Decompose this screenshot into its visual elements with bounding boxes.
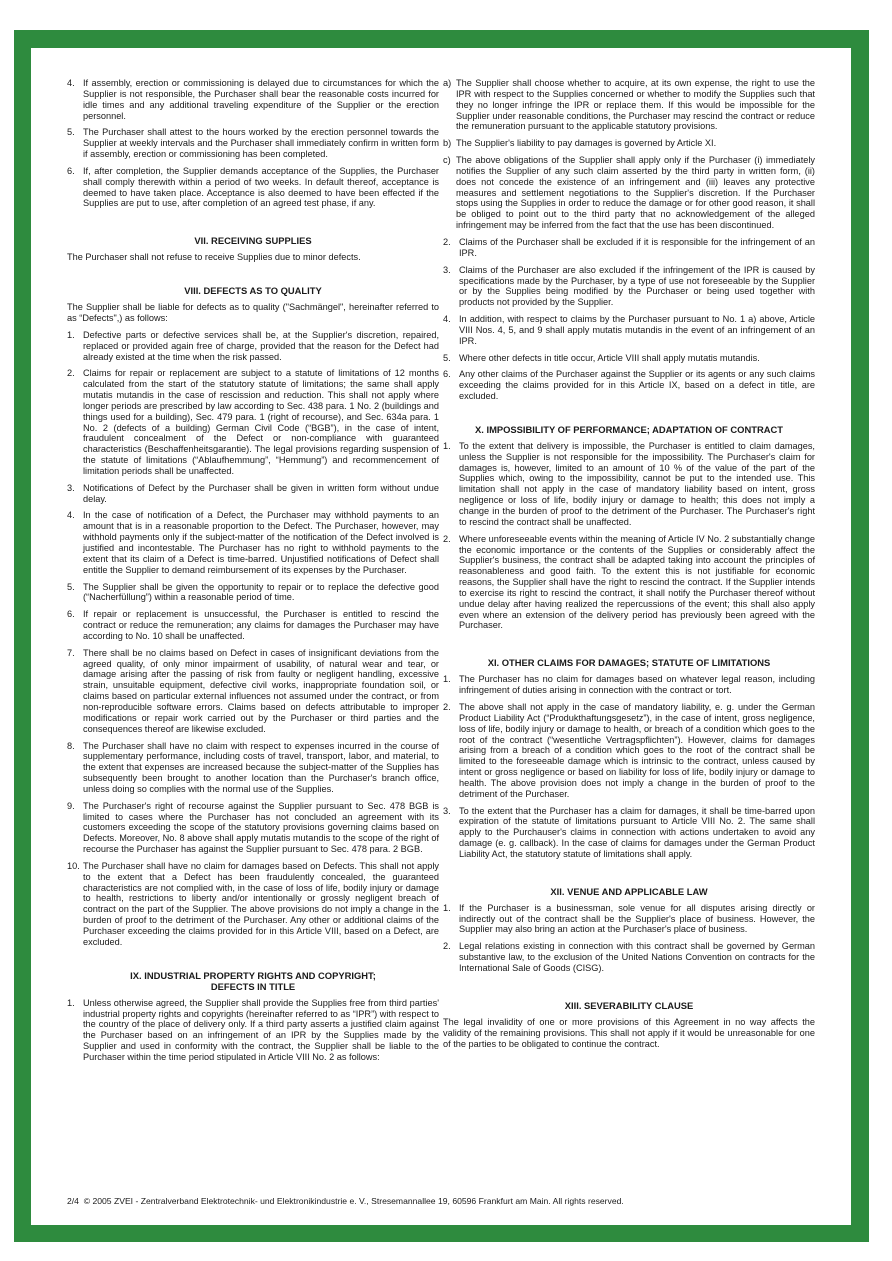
xii-item-2: 2.Legal relations existing in connection…: [443, 941, 815, 974]
viii-item-10: 10.The Purchaser shall have no claim for…: [67, 861, 439, 948]
viii-item-2: 2.Claims for repair or replacement are s…: [67, 368, 439, 476]
section-heading-xiii: XIII. SEVERABILITY CLAUSE: [443, 1000, 815, 1011]
vi-item-4: 4.If assembly, erection or commissioning…: [67, 78, 439, 121]
viii-item-6: 6.If repair or replacement is unsuccessf…: [67, 609, 439, 642]
ix-subitem-c: c)The above obligations of the Supplier …: [443, 155, 815, 231]
viii-item-4: 4.In the case of notification of a Defec…: [67, 510, 439, 575]
xiii-text: The legal invalidity of one or more prov…: [443, 1017, 815, 1050]
viii-item-1: 1.Defective parts or defective services …: [67, 330, 439, 363]
vi-item-5: 5.The Purchaser shall attest to the hour…: [67, 127, 439, 160]
vii-text: The Purchaser shall not refuse to receiv…: [67, 252, 439, 263]
x-item-1: 1.To the extent that delivery is impossi…: [443, 441, 815, 528]
copyright-notice: © 2005 ZVEI - Zentralverband Elektrotech…: [84, 1196, 624, 1206]
section-heading-viii: VIII. DEFECTS AS TO QUALITY: [67, 285, 439, 296]
ix-item-6: 6.Any other claims of the Purchaser agai…: [443, 369, 815, 402]
right-column: a)The Supplier shall choose whether to a…: [443, 78, 815, 1055]
viii-intro: The Supplier shall be liable for defects…: [67, 302, 439, 324]
ix-item-1: 1.Unless otherwise agreed, the Supplier …: [67, 998, 439, 1063]
section-heading-xii: XII. VENUE AND APPLICABLE LAW: [443, 886, 815, 897]
ix-item-5: 5.Where other defects in title occur, Ar…: [443, 353, 815, 364]
document-page: 4.If assembly, erection or commissioning…: [31, 48, 851, 1225]
page-number: 2/4: [67, 1196, 79, 1206]
viii-item-8: 8.The Purchaser shall have no claim with…: [67, 741, 439, 795]
x-item-2: 2.Where unforeseeable events within the …: [443, 534, 815, 632]
ix-subitem-a: a)The Supplier shall choose whether to a…: [443, 78, 815, 132]
left-column: 4.If assembly, erection or commissioning…: [67, 78, 439, 1069]
page-footer: 2/4 © 2005 ZVEI - Zentralverband Elektro…: [67, 1196, 624, 1206]
viii-item-3: 3.Notifications of Defect by the Purchas…: [67, 483, 439, 505]
ix-item-4: 4.In addition, with respect to claims by…: [443, 314, 815, 347]
ix-item-3: 3.Claims of the Purchaser are also exclu…: [443, 265, 815, 308]
ix-heading-line-2: DEFECTS IN TITLE: [211, 981, 295, 992]
section-heading-xi: XI. OTHER CLAIMS FOR DAMAGES; STATUTE OF…: [443, 657, 815, 668]
ix-heading-line-1: IX. INDUSTRIAL PROPERTY RIGHTS AND COPYR…: [130, 970, 376, 981]
section-heading-vii: VII. RECEIVING SUPPLIES: [67, 235, 439, 246]
ix-subitem-b: b)The Supplier's liability to pay damage…: [443, 138, 815, 149]
section-heading-ix: IX. INDUSTRIAL PROPERTY RIGHTS AND COPYR…: [67, 970, 439, 992]
ix-item-2: 2.Claims of the Purchaser shall be exclu…: [443, 237, 815, 259]
section-heading-x: X. IMPOSSIBILITY OF PERFORMANCE; ADAPTAT…: [443, 424, 815, 435]
vi-item-6: 6.If, after completion, the Supplier dem…: [67, 166, 439, 209]
xii-item-1: 1.If the Purchaser is a businessman, sol…: [443, 903, 815, 936]
xi-item-2: 2.The above shall not apply in the case …: [443, 702, 815, 800]
xi-item-3: 3.To the extent that the Purchaser has a…: [443, 806, 815, 860]
viii-item-7: 7.There shall be no claims based on Defe…: [67, 648, 439, 735]
viii-item-9: 9.The Purchaser's right of recourse agai…: [67, 801, 439, 855]
viii-item-5: 5.The Supplier shall be given the opport…: [67, 582, 439, 604]
xi-item-1: 1.The Purchaser has no claim for damages…: [443, 674, 815, 696]
